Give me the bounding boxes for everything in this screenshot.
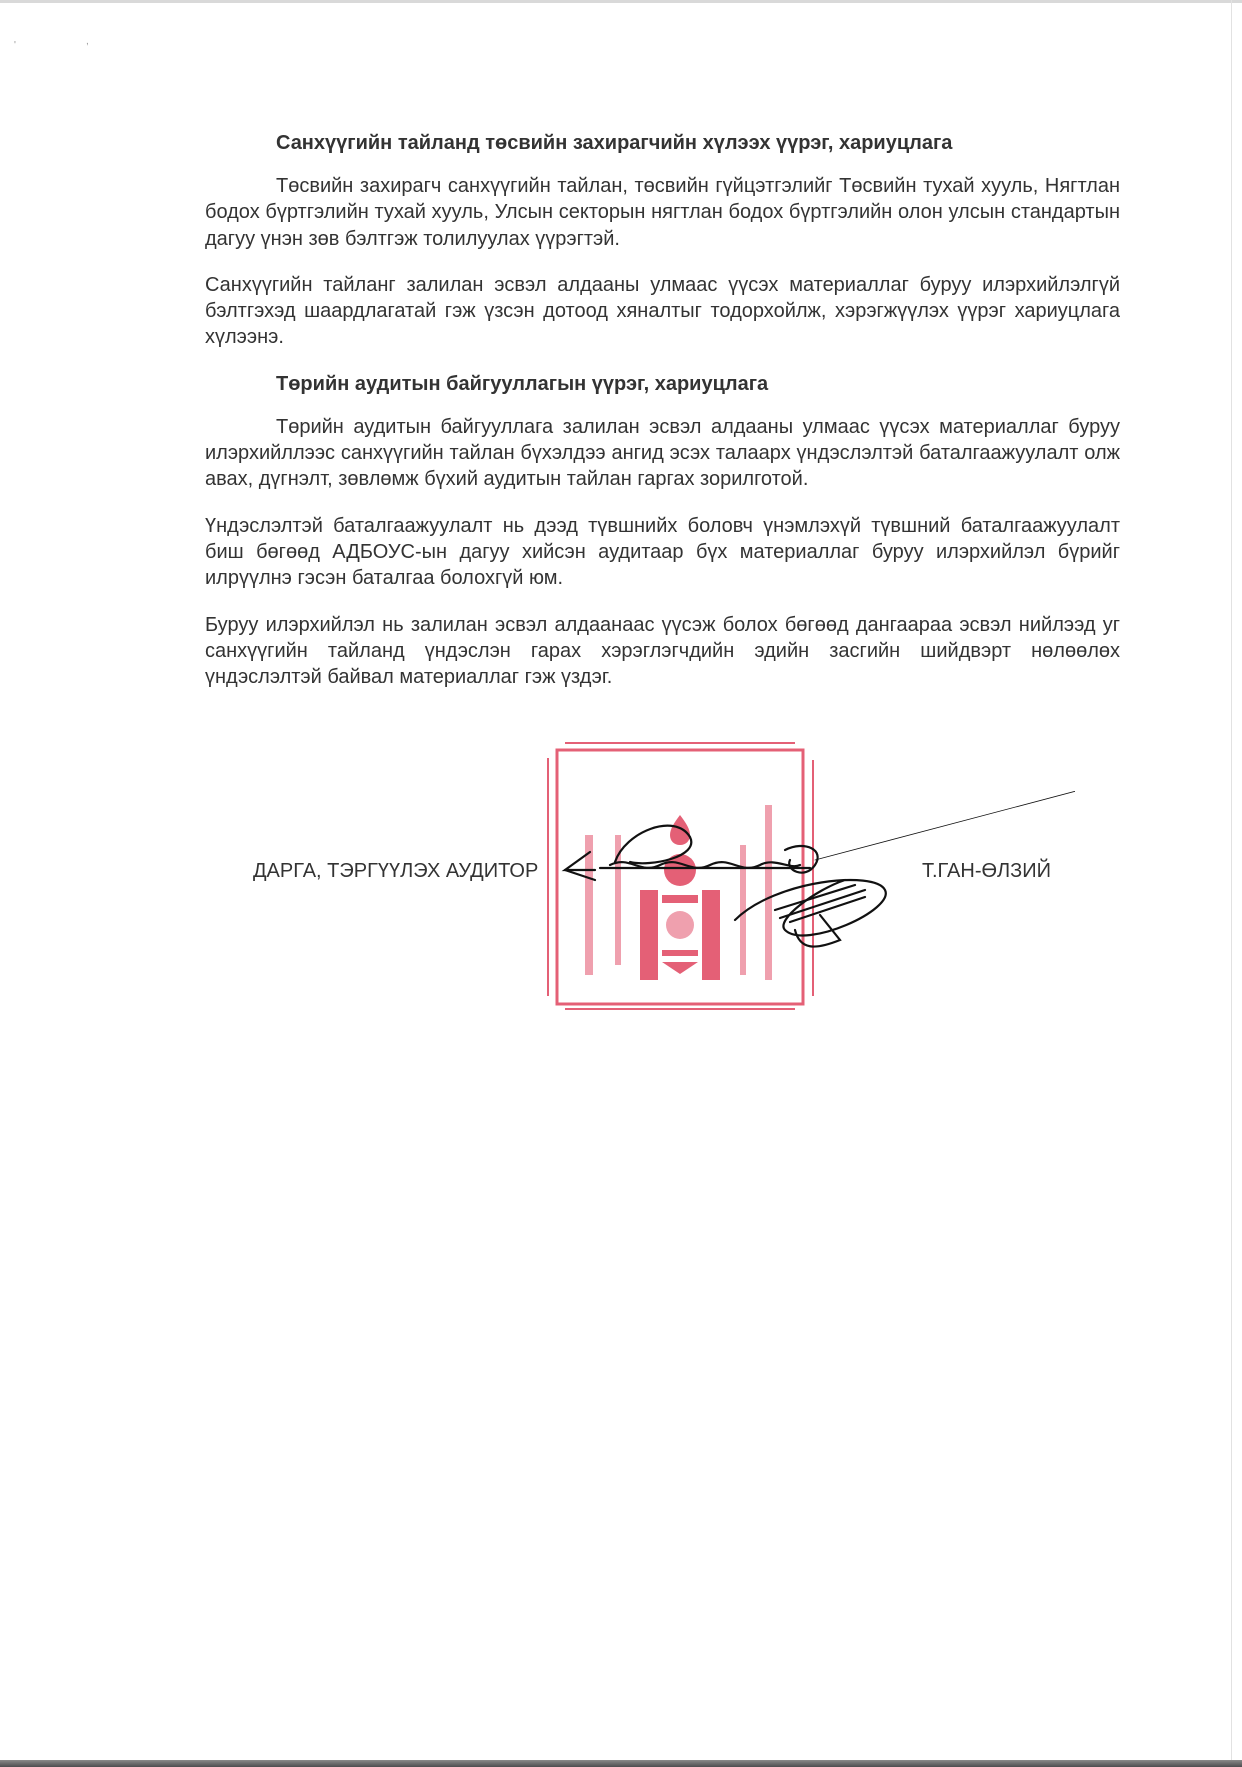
scan-speck: ,: [86, 36, 89, 47]
paragraph: Санхүүгийн тайланг залилан эсвэл алдааны…: [205, 272, 1120, 351]
signatory-name: Т.ГАН-ӨЛЗИЙ: [922, 860, 1051, 883]
signatory-title: ДАРГА, ТЭРГҮҮЛЭХ АУДИТОР: [253, 860, 538, 883]
paragraph: Үндэслэлтэй баталгаажуулалт нь дээд түвш…: [205, 513, 1120, 592]
section-heading-audit-responsibility: Төрийн аудитын байгууллагын үүрэг, хариу…: [205, 371, 1120, 397]
document-body: Санхүүгийн тайланд төсвийн захирагчийн х…: [205, 130, 1120, 710]
paragraph: Буруу илэрхийлэл нь залилан эсвэл алдаан…: [205, 612, 1120, 691]
paragraph: Төрийн аудитын байгууллага залилан эсвэл…: [205, 414, 1120, 493]
paragraph: Төсвийн захирагч санхүүгийн тайлан, төсв…: [205, 173, 1120, 252]
scan-speck: ': [14, 40, 16, 51]
scan-edge-right: [1231, 0, 1232, 1760]
scan-edge-top: [0, 0, 1242, 3]
scan-edge-bottom: [0, 1760, 1242, 1767]
section-heading-manager-responsibility: Санхүүгийн тайланд төсвийн захирагчийн х…: [205, 130, 1120, 156]
